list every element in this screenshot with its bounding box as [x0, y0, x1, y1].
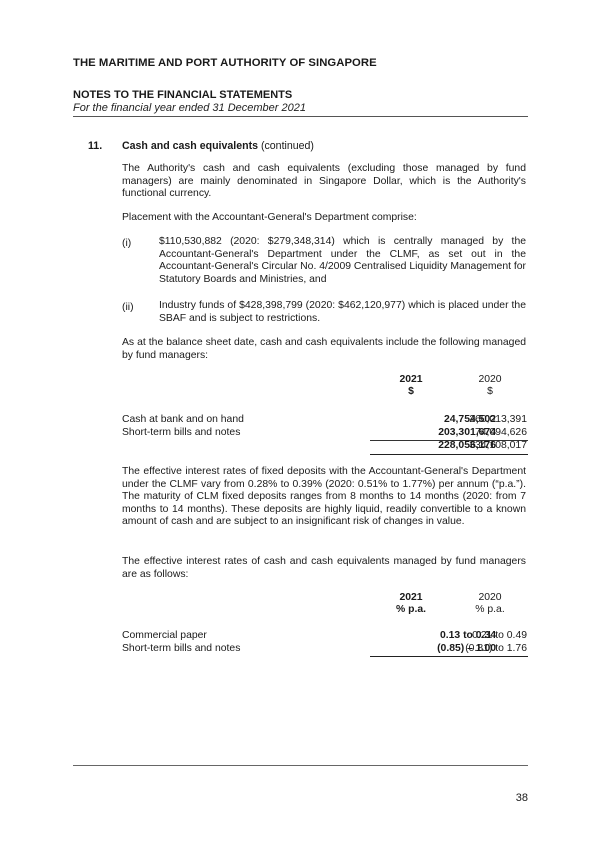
footer-divider	[73, 765, 528, 766]
table-row-label: Short-term bills and notes	[122, 643, 240, 654]
table-row-label: Cash at bank and on hand	[122, 414, 244, 425]
total-rule	[370, 454, 528, 455]
document-section-title: NOTES TO THE FINANCIAL STATEMENTS	[73, 89, 292, 101]
column-header-unit: $	[376, 386, 446, 397]
paragraph-placement-intro: Placement with the Accountant-General's …	[122, 212, 526, 225]
page-number: 38	[516, 792, 528, 804]
table-total-2020: 334,108,017	[469, 440, 527, 451]
section-title-suffix: (continued)	[258, 140, 314, 152]
column-header-year: 2020	[455, 592, 525, 603]
placement-item-label: (i)	[122, 238, 131, 249]
paragraph-fixed-deposit-rates: The effective interest rates of fixed de…	[122, 466, 526, 529]
reporting-period: For the financial year ended 31 December…	[73, 102, 306, 114]
paragraph-fund-manager-rates-intro: The effective interest rates of cash and…	[122, 556, 526, 581]
table-cell-2020: 74,094,626	[475, 427, 527, 438]
column-header-unit: $	[455, 386, 525, 397]
table-row-label: Commercial paper	[122, 630, 207, 641]
section-number: 11.	[88, 140, 102, 152]
column-header-year: 2021	[376, 592, 446, 603]
organization-title: THE MARITIME AND PORT AUTHORITY OF SINGA…	[73, 57, 377, 69]
column-header-unit: % p.a.	[376, 604, 446, 615]
header-divider	[73, 116, 528, 117]
table-cell-2020: 260,013,391	[469, 414, 527, 425]
table-bottom-rule	[370, 656, 528, 657]
document-page: THE MARITIME AND PORT AUTHORITY OF SINGA…	[0, 0, 595, 842]
paragraph-fund-managers-intro: As at the balance sheet date, cash and c…	[122, 337, 526, 362]
column-header-unit: % p.a.	[455, 604, 525, 615]
column-header-year: 2021	[376, 374, 446, 385]
placement-item-text: $110,530,882 (2020: $279,348,314) which …	[159, 236, 526, 286]
table-cell-2020: 0.21 to 0.49	[472, 630, 527, 641]
section-title: Cash and cash equivalents (continued)	[122, 140, 314, 152]
table-row-label: Short-term bills and notes	[122, 427, 240, 438]
section-title-main: Cash and cash equivalents	[122, 140, 258, 152]
placement-item-label: (ii)	[122, 302, 134, 313]
column-header-year: 2020	[455, 374, 525, 385]
placement-item-text: Industry funds of $428,398,799 (2020: $4…	[159, 300, 526, 325]
paragraph-currency: The Authority's cash and cash equivalent…	[122, 163, 526, 201]
table-cell-2020: (0.81) to 1.76	[465, 643, 527, 654]
